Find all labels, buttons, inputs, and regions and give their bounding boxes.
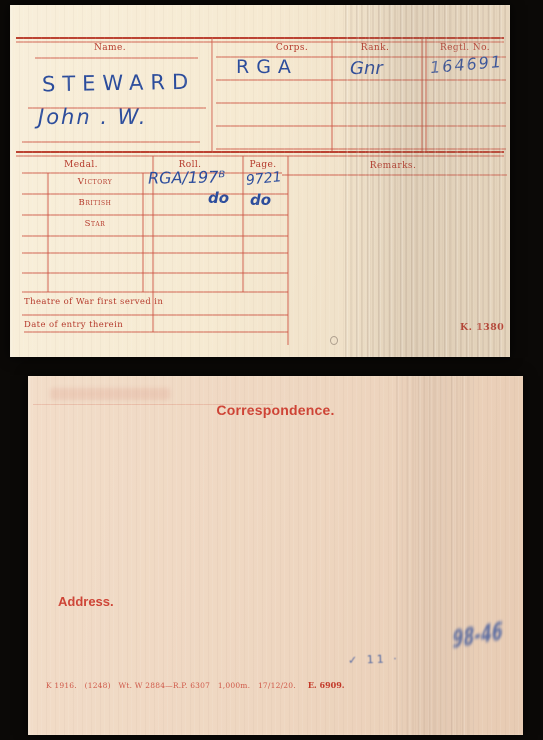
- medal-row-star-label: Star: [55, 219, 135, 229]
- form-number: K. 1380: [460, 322, 504, 333]
- printers-code-line: K 1916. (1248) Wt. W 2884—R.P. 6307 1,00…: [46, 680, 345, 690]
- surname-handwriting: STEWARD: [42, 72, 196, 96]
- pencil-smudge: [330, 336, 338, 345]
- heavy-scan-streak-band: [396, 376, 474, 735]
- printers-code-text: K 1916. (1248) Wt. W 2884—R.P. 6307 1,00…: [46, 681, 296, 690]
- rank-column-label: Rank.: [335, 43, 415, 53]
- corps-column-label: Corps.: [252, 43, 332, 53]
- theatre-of-war-label: Theatre of War first served in: [24, 297, 163, 307]
- victory-page-handwriting: 9721: [245, 170, 282, 188]
- scan-background: { "front_card": { "labels": { "name": "N…: [0, 0, 543, 740]
- ink-marks-small: ✓ 11 ·: [348, 653, 400, 666]
- address-heading: Address.: [58, 594, 114, 609]
- printers-code-bold-text: E. 6909.: [308, 680, 345, 690]
- medal-column-label: Medal.: [43, 160, 119, 170]
- medal-row-victory-label: Victory: [55, 177, 135, 187]
- remarks-column-label: Remarks.: [350, 161, 436, 171]
- date-of-entry-label: Date of entry therein: [24, 320, 123, 330]
- medal-index-card-back: Correspondence. Address. ✓ 11 · 98-46 K …: [28, 376, 523, 735]
- victory-roll-handwriting: RGA/197ᴮ: [148, 169, 226, 186]
- rank-handwriting: Gnr: [350, 60, 383, 78]
- british-roll-ditto-handwriting: do: [208, 191, 229, 206]
- name-column-label: Name.: [60, 43, 160, 53]
- british-page-ditto-handwriting: do: [250, 193, 271, 208]
- medal-row-british-label: British: [55, 198, 135, 208]
- correspondence-heading: Correspondence.: [28, 402, 523, 418]
- corps-handwriting: RGA: [236, 58, 298, 77]
- ink-bleedthrough: [50, 388, 170, 400]
- medal-index-card-front: Name. Corps. Rank. Regtl. No. Medal. Rol…: [10, 5, 510, 357]
- forenames-handwriting: John . W.: [38, 107, 147, 128]
- ink-marks-smudged: 98-46: [451, 619, 504, 653]
